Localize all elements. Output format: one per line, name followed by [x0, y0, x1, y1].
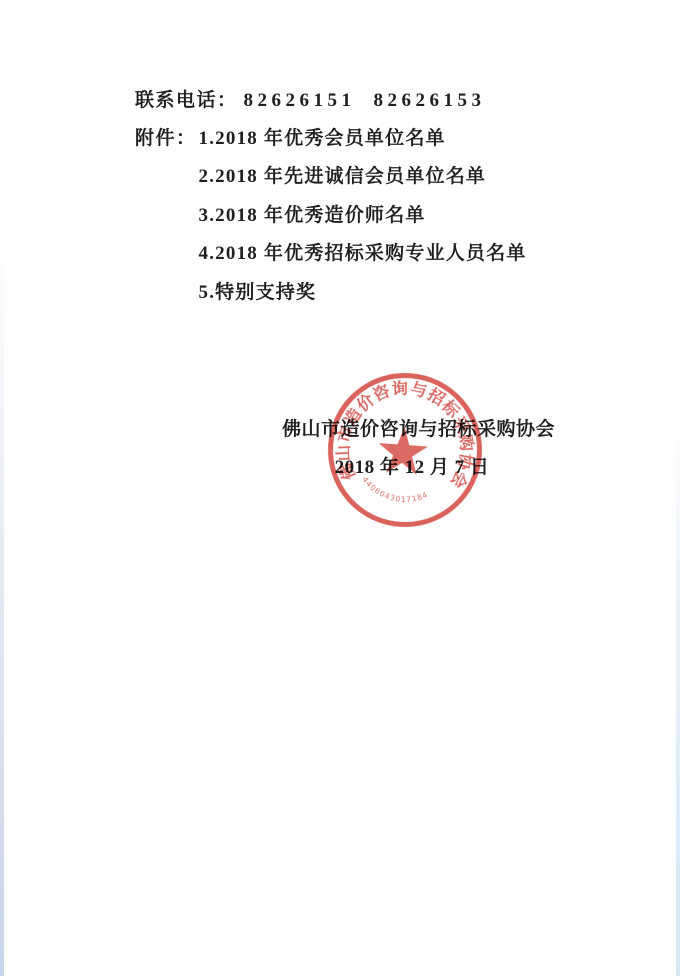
- contact-phone-1: 82626151: [244, 90, 356, 111]
- attachment-item: 4.2018 年优秀招标采购专业人员名单: [199, 235, 527, 273]
- scan-edge-artifact-left: [0, 240, 4, 976]
- scan-edge-artifact-right: [676, 420, 680, 976]
- attachment-item: 1.2018 年优秀会员单位名单: [199, 120, 527, 158]
- contact-phone-line: 联系电话：8262615182626153: [135, 89, 486, 113]
- attachments-block: 附件： 1.2018 年优秀会员单位名单 2.2018 年先进诚信会员单位名单 …: [135, 120, 527, 312]
- attachment-item: 5.特别支持奖: [199, 274, 527, 312]
- signature-organization: 佛山市造价咨询与招标采购协会: [282, 417, 552, 443]
- document-page: 联系电话：8262615182626153 附件： 1.2018 年优秀会员单位…: [0, 0, 680, 976]
- attachment-item: 2.2018 年先进诚信会员单位名单: [199, 158, 527, 196]
- attachments-label: 附件：: [135, 120, 197, 158]
- contact-label: 联系电话：: [135, 90, 238, 111]
- seal-outer-ring: [325, 370, 484, 529]
- signature-date: 2018 年 12 月 7 日: [330, 455, 494, 481]
- attachment-item: 3.2018 年优秀造价师名单: [199, 197, 527, 235]
- attachments-list: 1.2018 年优秀会员单位名单 2.2018 年先进诚信会员单位名单 3.20…: [199, 120, 527, 312]
- official-red-seal: 佛山市造价咨询与招标采购协会 4406043017184: [320, 365, 491, 536]
- contact-phone-2: 82626153: [374, 90, 486, 111]
